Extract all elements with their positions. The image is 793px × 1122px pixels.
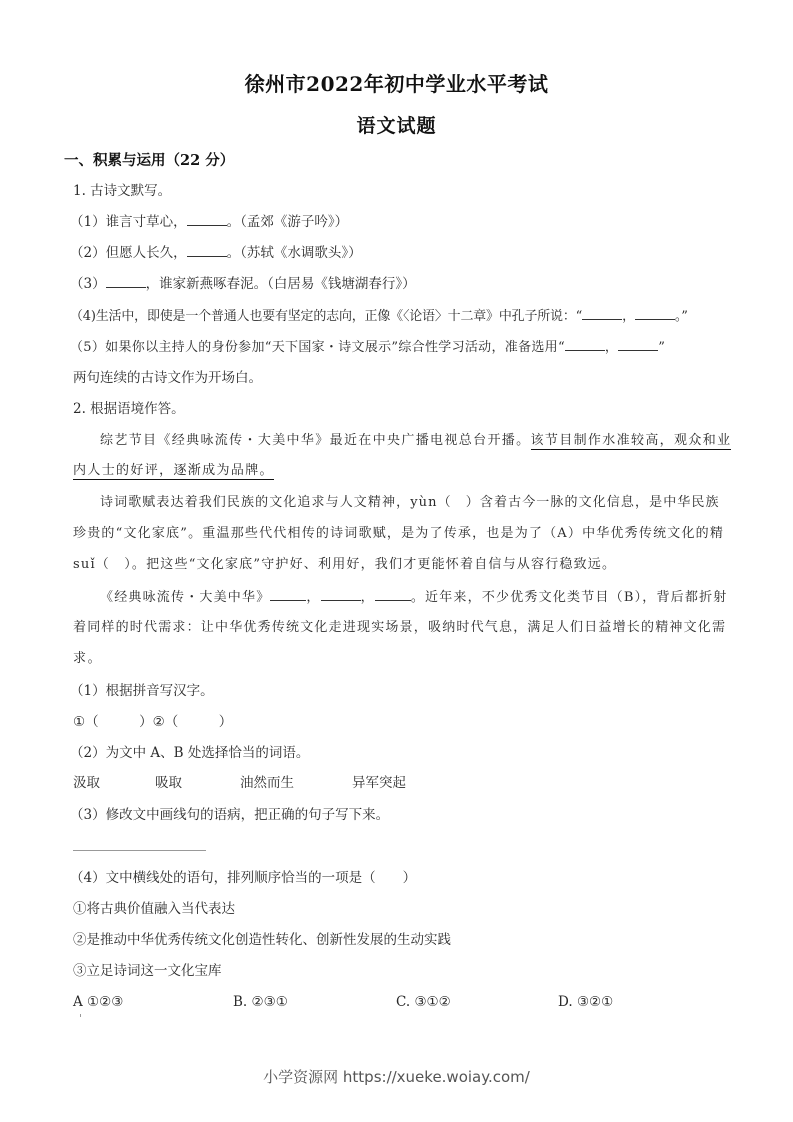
underlined-sentence-part-2: 内人士的好评，逐渐成为品牌。 bbox=[73, 463, 274, 480]
word-choice-1: 汲取 bbox=[73, 774, 100, 792]
option-a-value: ①②③ bbox=[87, 994, 123, 1010]
q1-item-5-suffix: ” bbox=[658, 340, 665, 355]
q1-item-3-prefix: （3） bbox=[70, 276, 106, 292]
sub4-item-2: ②是推动中华优秀传统文化创造性转化、创新性发展的生动实践 bbox=[73, 931, 451, 949]
underlined-sentence-part-1: 该节目制作水准较高，观众和业 bbox=[531, 433, 732, 450]
option-d-value: ③②① bbox=[577, 994, 613, 1010]
subquestion-3: （3）修改文中画线句的语病，把正确的句子写下来。 bbox=[70, 806, 389, 824]
answer-blank[interactable] bbox=[582, 307, 622, 320]
passage-para-2-line-1: 诗词歌赋表达着我们民族的文化追求与人文精神，yùn（ ）含着古今一脉的文化信息，… bbox=[100, 494, 720, 512]
option-a[interactable]: A ①②③ bbox=[73, 993, 123, 1011]
answer-blank[interactable] bbox=[375, 588, 411, 601]
answer-blank[interactable] bbox=[187, 213, 227, 226]
q1-item-4-prefix: （4)生活中，即使是一个普通人也要有坚定的志向，正像《〈论语〉十二章》中孔子所说… bbox=[70, 309, 582, 324]
passage-para-2-line-2: 珍贵的“文化家底”。重温那些代代相传的诗词歌赋，是为了传承，也是为了（A）中华优… bbox=[73, 525, 724, 543]
q1-item-1-prefix: （1）谁言寸草心， bbox=[70, 214, 187, 230]
subquestion-2: （2）为文中 A、B 处选择恰当的词语。 bbox=[70, 744, 309, 762]
q1-item-2: （2）但愿人长久，。（苏轼《水调歌头》） bbox=[70, 244, 362, 262]
q1-item-1-suffix: 。（孟郊《游子吟》） bbox=[227, 214, 349, 230]
question-1-heading: 1. 古诗文默写。 bbox=[73, 182, 171, 200]
passage-para-3-line-2: 着同样的时代需求：让中华优秀传统文化走进现实场景，吸纳时代气息，满足人们日益增长… bbox=[73, 619, 726, 637]
option-d-label: D. bbox=[558, 994, 573, 1010]
answer-blank[interactable] bbox=[106, 275, 146, 288]
question-2-heading: 2. 根据语境作答。 bbox=[73, 400, 185, 418]
section-heading: 一、积累与运用（22 分） bbox=[64, 151, 234, 171]
option-c[interactable]: C. ③①② bbox=[396, 993, 451, 1011]
q1-item-2-prefix: （2）但愿人长久， bbox=[70, 245, 187, 261]
passage-para-3-line-3: 求。 bbox=[73, 650, 102, 668]
sep: ， bbox=[361, 590, 375, 605]
passage-para-3-suffix: 。近年来，不少优秀文化类节目（B），背后都折射 bbox=[411, 590, 728, 605]
q1-item-2-suffix: 。（苏轼《水调歌头》） bbox=[227, 245, 362, 261]
q1-item-4-mid: ， bbox=[622, 309, 635, 324]
passage-para-2-line-3: suǐ（ ）。把这些“文化家底”守护好、利用好，我们才更能怀着自信与从容行稳致远… bbox=[73, 556, 616, 574]
option-c-label: C. bbox=[396, 994, 410, 1010]
option-c-value: ③①② bbox=[414, 994, 450, 1010]
passage-plain-text: 综艺节目《经典咏流传・大美中华》最近在中央广播电视总台开播。 bbox=[100, 433, 531, 448]
subquestion-4: （4）文中横线处的语句，排列顺序恰当的一项是（ ） bbox=[70, 869, 416, 887]
answer-blank[interactable] bbox=[565, 338, 605, 351]
subquestion-1: （1）根据拼音写汉字。 bbox=[70, 682, 214, 700]
sub4-item-1: ①将古典价值融入当代表达 bbox=[73, 900, 235, 918]
option-b[interactable]: B. ②③① bbox=[233, 993, 288, 1011]
footer-watermark: 小学资源网 https://xueke.woiay.com/ bbox=[0, 1067, 793, 1087]
q1-item-3: （3），谁家新燕啄春泥。（白居易《钱塘湖春行》） bbox=[70, 275, 416, 293]
option-b-value: ②③① bbox=[252, 994, 288, 1010]
q1-item-4-suffix: 。” bbox=[675, 309, 688, 324]
word-choice-2: 吸取 bbox=[155, 774, 182, 792]
passage-para-3-line-1: 《经典咏流传・大美中华》，，。近年来，不少优秀文化类节目（B），背后都折射 bbox=[100, 588, 727, 607]
answer-blank[interactable] bbox=[270, 588, 306, 601]
q1-item-5-prefix: （5）如果你以主持人的身份参加“天下国家・诗文展示”综合性学习活动，准备选用“ bbox=[70, 340, 565, 355]
passage-para-1-line-1: 综艺节目《经典咏流传・大美中华》最近在中央广播电视总台开播。该节目制作水准较高，… bbox=[100, 432, 731, 450]
word-choice-3: 油然而生 bbox=[240, 774, 294, 792]
q1-item-5-mid: ， bbox=[605, 340, 618, 355]
option-a-label: A bbox=[73, 994, 83, 1010]
option-b-label: B. bbox=[233, 994, 247, 1010]
answer-blank[interactable] bbox=[321, 588, 361, 601]
option-d[interactable]: D. ③②① bbox=[558, 993, 613, 1011]
q1-item-5: （5）如果你以主持人的身份参加“天下国家・诗文展示”综合性学习活动，准备选用“，… bbox=[70, 338, 665, 357]
sub4-item-3: ③立足诗词这一文化宝库 bbox=[73, 962, 222, 980]
answer-blank[interactable] bbox=[635, 307, 675, 320]
answer-blank[interactable] bbox=[187, 244, 227, 257]
word-choice-4: 异军突起 bbox=[352, 774, 406, 792]
answer-blank[interactable] bbox=[618, 338, 658, 351]
q1-item-1: （1）谁言寸草心，。（孟郊《游子吟》） bbox=[70, 213, 348, 231]
q1-item-3-suffix: ，谁家新燕啄春泥。（白居易《钱塘湖春行》） bbox=[146, 276, 416, 292]
passage-para-3-prefix: 《经典咏流传・大美中华》 bbox=[100, 590, 270, 605]
sep: ， bbox=[306, 590, 320, 605]
exam-subtitle: 语文试题 bbox=[0, 113, 793, 139]
subquestion-1-answers[interactable]: ①（ ）②（ ） bbox=[73, 713, 232, 731]
q1-item-4: （4)生活中，即使是一个普通人也要有坚定的志向，正像《〈论语〉十二章》中孔子所说… bbox=[70, 307, 688, 326]
answer-line[interactable] bbox=[73, 850, 206, 851]
stray-mark bbox=[80, 1014, 81, 1017]
q1-item-5-line2: 两句连续的古诗文作为开场白。 bbox=[73, 369, 262, 387]
passage-para-1-line-2: 内人士的好评，逐渐成为品牌。 bbox=[73, 462, 274, 480]
exam-title: 徐州市2022年初中学业水平考试 bbox=[0, 70, 793, 98]
exam-page: 徐州市2022年初中学业水平考试 语文试题 一、积累与运用（22 分） 1. 古… bbox=[0, 0, 793, 1122]
